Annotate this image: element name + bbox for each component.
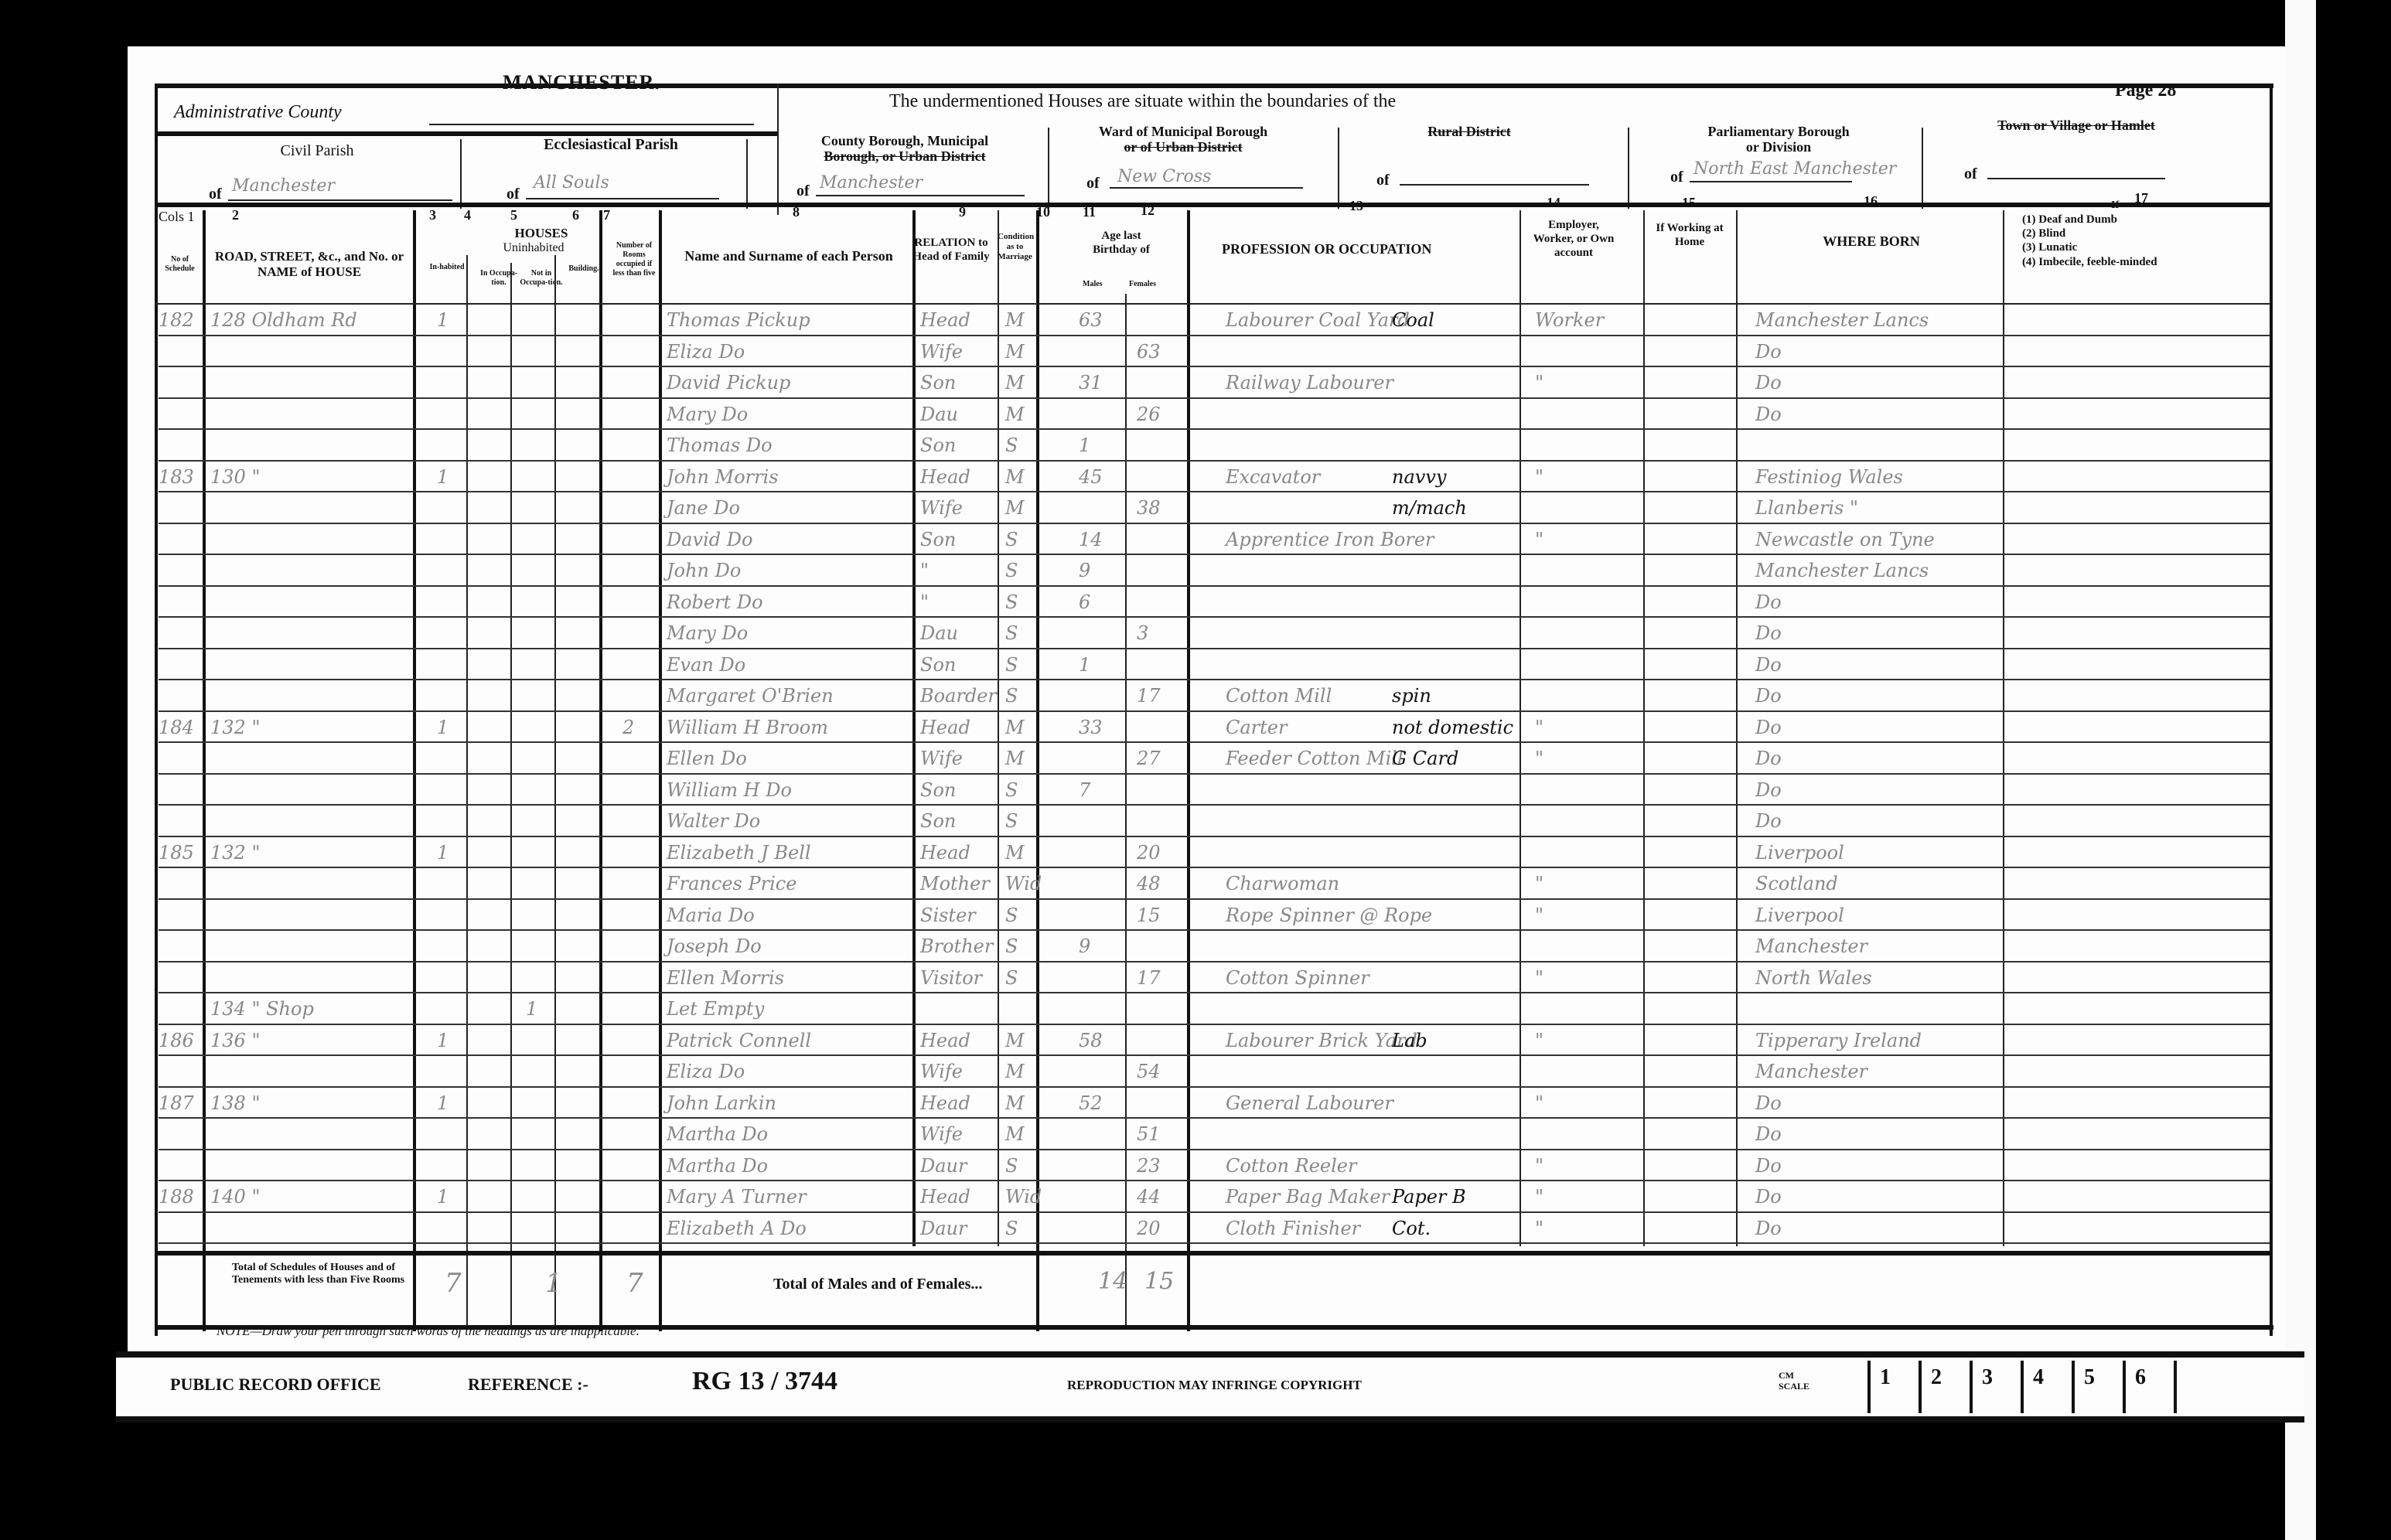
header-home: If Working at Home: [1655, 221, 1724, 249]
cell-born: Do: [1755, 1218, 1782, 1239]
cell-female: 15: [1137, 905, 1161, 926]
ecclesiastical-parish-value: All Souls: [534, 173, 609, 192]
row-rule: [159, 1117, 2270, 1119]
area-label-parliamentary-borough: Parliamentary Boroughor Division: [1663, 124, 1895, 155]
cell-employer: ": [1535, 905, 1543, 926]
cols-label: Cols 1: [159, 209, 195, 225]
row-rule: [159, 1054, 2270, 1056]
cell-relation: Daur: [920, 1218, 967, 1239]
cell-female: 20: [1137, 1218, 1161, 1239]
cell-annot: Cot.: [1392, 1218, 1431, 1239]
cell-born: Do: [1755, 372, 1782, 394]
cell-condition: S: [1005, 560, 1018, 581]
cell-condition: Wid: [1005, 1186, 1042, 1208]
cell-relation: Wife: [920, 1123, 963, 1145]
cell-annot: not domestic: [1392, 717, 1513, 738]
cell-occupation: General Labourer: [1226, 1092, 1393, 1114]
cell-male: 9: [1079, 560, 1090, 581]
cell-employer: Worker: [1535, 309, 1604, 331]
cell-born: Do: [1755, 717, 1782, 738]
row-rule: [159, 1211, 2270, 1213]
cell-condition: S: [1005, 1218, 1018, 1239]
col-divider: [466, 255, 468, 1330]
cell-female: 54: [1137, 1061, 1161, 1082]
col-number: 7: [603, 207, 610, 223]
cell-condition: S: [1005, 685, 1018, 707]
cell-relation: Wife: [920, 748, 963, 769]
fill-line: [1110, 187, 1303, 189]
cell-male: 14: [1079, 529, 1103, 550]
header-infirm-2: (2) Blind: [2022, 227, 2065, 240]
cell-condition: M: [1005, 1061, 1025, 1082]
cell-name: Patrick Connell: [667, 1030, 811, 1051]
cell-schedule: 188: [159, 1186, 194, 1208]
cell-employer: ": [1535, 967, 1543, 989]
cell-occupation: Railway Labourer: [1226, 372, 1393, 394]
county-printed: MANCHESTER.: [503, 71, 660, 94]
of-label: of: [209, 186, 222, 203]
row-rule: [159, 679, 2270, 680]
cell-occupation: Feeder Cotton Mill: [1226, 748, 1404, 769]
col-number: 9: [959, 204, 966, 220]
cell-born: Liverpool: [1755, 905, 1844, 926]
cell-condition: M: [1005, 466, 1025, 488]
col-number: 8: [793, 204, 800, 220]
cell-condition: M: [1005, 341, 1025, 363]
cell-relation: Head: [920, 1186, 970, 1208]
header-uninhabited: Uninhabited: [476, 241, 592, 255]
cell-name: Jane Do: [667, 497, 740, 519]
col-divider: [510, 263, 512, 1330]
cell-relation: Head: [920, 309, 970, 331]
cell-occupation: Charwoman: [1226, 873, 1339, 894]
cell-born: North Wales: [1755, 967, 1872, 989]
divider: [746, 139, 748, 209]
col-number: 16: [1864, 193, 1878, 210]
col-number: 11: [1083, 204, 1096, 220]
header-road: ROAD, STREET, &c., and No. or NAME of HO…: [209, 249, 410, 280]
cell-born: Do: [1755, 1155, 1782, 1177]
cell-condition: M: [1005, 717, 1025, 738]
header-males: Males: [1083, 280, 1103, 288]
divider: [1628, 128, 1629, 209]
cell-male: 1: [1079, 434, 1090, 456]
cell-employer: ": [1535, 1030, 1543, 1051]
cell-female: 44: [1137, 1186, 1161, 1208]
cell-road: 130 ": [210, 466, 260, 488]
cell-relation: Head: [920, 1030, 970, 1051]
cell-name: Martha Do: [667, 1155, 768, 1177]
scale-tick: 6: [2123, 1361, 2174, 1413]
cell-relation: Wife: [920, 497, 963, 519]
fill-line: [1987, 178, 2165, 179]
scale-end: [2174, 1361, 2267, 1413]
cell-employer: ": [1535, 466, 1543, 488]
totals-schedules-label: Total of Schedules of Houses and of Tene…: [232, 1262, 410, 1286]
cell-occupation: Cotton Reeler: [1226, 1155, 1356, 1177]
cell-relation: Son: [920, 810, 956, 832]
cell-born: Do: [1755, 404, 1782, 425]
scale-tick: 4: [2021, 1361, 2072, 1413]
cell-inhab: 1: [437, 1092, 449, 1114]
cell-born: Newcastle on Tyne: [1755, 529, 1935, 550]
footer-scale-label: CM SCALE: [1779, 1370, 1825, 1392]
col-number: 2: [232, 207, 239, 223]
cell-male: 9: [1079, 935, 1090, 957]
header-females: Females: [1129, 280, 1156, 288]
cell-rooms: 2: [622, 717, 634, 738]
cell-born: Do: [1755, 779, 1782, 801]
cell-female: 51: [1137, 1123, 1161, 1145]
cell-name: Evan Do: [667, 654, 745, 676]
cell-condition: M: [1005, 309, 1025, 331]
cell-relation: Son: [920, 529, 956, 550]
cell-name: David Do: [667, 529, 752, 550]
cell-occupation: Carter: [1226, 717, 1287, 738]
header-infirm-3: (3) Lunatic: [2022, 241, 2077, 254]
cell-born: Do: [1755, 341, 1782, 363]
cell-name: John Larkin: [667, 1092, 776, 1114]
cell-name: William H Broom: [667, 717, 828, 738]
cell-annot: spin: [1392, 685, 1431, 707]
cell-relation: Son: [920, 372, 956, 394]
area-label-ward: Ward of Municipal Boroughor of Urban Dis…: [1040, 124, 1326, 155]
col-divider: [659, 210, 662, 1331]
cell-condition: M: [1005, 1092, 1025, 1114]
cell-female: 48: [1137, 873, 1161, 894]
cell-road: 132 ": [210, 717, 260, 738]
cell-road: 140 ": [210, 1186, 260, 1208]
header-name: Name and Surname of each Person: [673, 247, 905, 264]
scale-tick: 3: [1970, 1361, 2021, 1413]
footer-reference: RG 13 / 3744: [692, 1367, 837, 1396]
cell-born: Manchester Lancs: [1755, 309, 1929, 331]
area-label-town-village: Town or Village or Hamlet: [1949, 118, 2204, 134]
row-rule: [159, 867, 2270, 868]
civil-parish-value: Manchester: [232, 176, 335, 196]
cell-employer: ": [1535, 1092, 1543, 1114]
cell-name: Robert Do: [667, 591, 763, 613]
cell-condition: S: [1005, 935, 1018, 957]
admin-county-label: Administrative County: [174, 102, 342, 123]
cell-name: William H Do: [667, 779, 792, 801]
cell-annot: navvy: [1392, 466, 1446, 488]
total-not-in-occupation: 1: [545, 1268, 562, 1299]
row-rule: [159, 773, 2270, 775]
cell-born: Do: [1755, 1123, 1782, 1145]
header-rule: [155, 203, 2270, 207]
total-males: 14: [1098, 1268, 1127, 1295]
cell-employer: ": [1535, 1155, 1543, 1177]
cell-relation: Mother: [920, 873, 990, 894]
cell-schedule: 185: [159, 842, 194, 864]
cell-occupation: Paper Bag Maker: [1226, 1186, 1390, 1208]
county-borough-value: Manchester: [820, 173, 923, 192]
row-rule: [159, 1180, 2270, 1181]
cell-employer: ": [1535, 529, 1543, 550]
cell-name: Joseph Do: [667, 935, 762, 957]
header-schedule: No of Schedule: [159, 255, 201, 274]
cell-relation: Visitor: [920, 967, 982, 989]
row-rule: [159, 1242, 2270, 1244]
cell-annot: G Card: [1392, 748, 1458, 769]
cell-relation: Boarder: [920, 685, 997, 707]
cell-condition: S: [1005, 1155, 1018, 1177]
cell-condition: S: [1005, 905, 1018, 926]
header-rooms: Number of Rooms occupied if less than fi…: [611, 241, 657, 278]
cell-employer: ": [1535, 717, 1543, 738]
row-rule: [159, 397, 2270, 399]
cell-name: Mary Do: [667, 404, 748, 425]
cell-road: 136 ": [210, 1030, 260, 1051]
cell-born: Manchester Lancs: [1755, 560, 1929, 581]
fill-line: [1690, 181, 1852, 182]
cell-name: Elizabeth A Do: [667, 1218, 807, 1239]
of-label: of: [1376, 172, 1390, 189]
cell-female: 23: [1137, 1155, 1161, 1177]
ward-value: New Cross: [1117, 167, 1211, 186]
cell-condition: S: [1005, 622, 1018, 644]
col-number: 17: [2134, 190, 2148, 206]
cell-annot: Coal: [1392, 309, 1434, 331]
cell-relation: Son: [920, 434, 956, 456]
cell-condition: S: [1005, 810, 1018, 832]
cell-born: Do: [1755, 591, 1782, 613]
of-label: of: [1670, 169, 1683, 186]
cell-inhab: 1: [437, 717, 449, 738]
cell-annot: Paper B: [1392, 1186, 1466, 1208]
cell-born: Do: [1755, 748, 1782, 769]
cell-female: 20: [1137, 842, 1161, 864]
row-rule: [159, 710, 2270, 712]
cell-relation: Brother: [920, 935, 993, 957]
area-label-civil-parish: Civil Parish: [247, 142, 387, 160]
cell-born: Do: [1755, 654, 1782, 676]
cell-condition: S: [1005, 967, 1018, 989]
of-label: of: [796, 182, 810, 200]
cell-male: 31: [1079, 372, 1103, 394]
cell-male: 63: [1079, 309, 1103, 331]
cell-relation: Dau: [920, 622, 958, 644]
cell-condition: M: [1005, 372, 1025, 394]
area-label-rural-district: Rural District: [1384, 124, 1554, 140]
cell-employer: ": [1535, 372, 1543, 394]
fill-line: [1400, 184, 1589, 186]
row-rule: [159, 741, 2270, 743]
cell-condition: M: [1005, 497, 1025, 519]
header-infirm-1: (1) Deaf and Dumb: [2022, 213, 2117, 227]
cell-female: 27: [1137, 748, 1161, 769]
archive-footer: PUBLIC RECORD OFFICE REFERENCE :- RG 13 …: [116, 1351, 2304, 1422]
row-rule: [159, 804, 2270, 806]
cell-relation: Wife: [920, 1061, 963, 1082]
cell-born: Do: [1755, 810, 1782, 832]
row-rule: [159, 554, 2270, 555]
col-divider: [413, 210, 416, 1331]
row-rule: [159, 961, 2270, 962]
cell-name: Ellen Morris: [667, 967, 784, 989]
cell-schedule: 184: [159, 717, 194, 738]
col-number: 13: [1349, 198, 1363, 214]
cell-annot: Lab: [1392, 1030, 1427, 1051]
col-divider: [203, 210, 206, 1331]
parliamentary-borough-value: North East Manchester: [1693, 159, 1896, 179]
header-condition: Condition as to Marriage: [998, 232, 1032, 262]
cell-condition: S: [1005, 434, 1018, 456]
cell-female: 17: [1137, 685, 1161, 707]
header-in-occupation: In Occupa-tion.: [476, 269, 522, 288]
cell-born: Manchester: [1755, 1061, 1867, 1082]
cell-road: 134 " Shop: [210, 998, 314, 1020]
cell-inhab: 1: [437, 1030, 449, 1051]
header-employer: Employer, Worker, or Own account: [1527, 218, 1620, 260]
cell-schedule: 183: [159, 466, 194, 488]
col-number: 5: [510, 207, 517, 223]
scale-tick: 5: [2072, 1361, 2123, 1413]
cell-name: David Pickup: [667, 372, 790, 394]
cell-inhab: 1: [437, 466, 449, 488]
cell-female: 26: [1137, 404, 1161, 425]
cell-inhab: 1: [437, 1186, 449, 1208]
cell-condition: S: [1005, 779, 1018, 801]
cell-born: Do: [1755, 685, 1782, 707]
divider: [1048, 128, 1049, 209]
header-occupation: PROFESSION OR OCCUPATION: [1222, 241, 1431, 257]
divider: [1922, 128, 1923, 209]
cell-relation: ": [920, 591, 929, 613]
cell-condition: Wid: [1005, 873, 1042, 894]
cell-female: 38: [1137, 497, 1161, 519]
cell-employer: ": [1535, 748, 1543, 769]
cell-name: Eliza Do: [667, 341, 745, 363]
cell-female: 17: [1137, 967, 1161, 989]
cell-born: Festiniog Wales: [1755, 466, 1903, 488]
col-divider: [599, 210, 602, 1331]
cell-born: Scotland: [1755, 873, 1838, 894]
cell-occupation: Apprentice Iron Borer: [1226, 529, 1434, 550]
scale-tick: 2: [1919, 1361, 1970, 1413]
cell-relation: Dau: [920, 404, 958, 425]
row-rule: [159, 366, 2270, 367]
totals-rule: [155, 1251, 2270, 1256]
cell-condition: M: [1005, 1030, 1025, 1051]
page-number: Page 28: [2115, 80, 2176, 101]
cell-name: Eliza Do: [667, 1061, 745, 1082]
cell-inhab: 1: [437, 309, 449, 331]
cell-relation: Son: [920, 654, 956, 676]
cell-occupation: Labourer Brick Yard: [1226, 1030, 1417, 1051]
fill-line: [228, 199, 452, 201]
divider: [460, 139, 462, 209]
row-rule: [159, 585, 2270, 587]
cell-condition: M: [1005, 1123, 1025, 1145]
cell-male: 58: [1079, 1030, 1103, 1051]
cell-relation: Daur: [920, 1155, 967, 1177]
cell-male: 1: [1079, 654, 1090, 676]
cell-relation: Head: [920, 717, 970, 738]
cell-male: 52: [1079, 1092, 1103, 1114]
cell-name: Walter Do: [667, 810, 760, 832]
cell-relation: Head: [920, 1092, 970, 1114]
cell-born: Do: [1755, 1092, 1782, 1114]
row-rule: [159, 491, 2270, 492]
col-divider: [1187, 210, 1190, 1331]
cell-born: Liverpool: [1755, 842, 1844, 864]
fill-line: [526, 198, 719, 199]
total-females: 15: [1144, 1268, 1174, 1295]
col-divider: [1036, 210, 1039, 1331]
col-number: 3: [429, 207, 436, 223]
cell-road: 138 ": [210, 1092, 260, 1114]
cell-female: 3: [1137, 622, 1148, 644]
admin-county-line: [429, 124, 754, 125]
cell-born: Do: [1755, 1186, 1782, 1208]
of-label: of: [507, 186, 520, 203]
row-rule: [159, 992, 2270, 993]
cell-road: 132 ": [210, 842, 260, 864]
col-number: 12: [1141, 203, 1155, 219]
row-rule: [159, 1024, 2270, 1025]
cell-relation: Son: [920, 779, 956, 801]
header-where-born: WHERE BORN: [1763, 233, 1980, 250]
cell-born: Tipperary Ireland: [1755, 1030, 1922, 1051]
header-infirm-4: (4) Imbecile, feeble-minded: [2022, 255, 2246, 269]
cell-schedule: 182: [159, 309, 194, 331]
cell-name: Thomas Pickup: [667, 309, 810, 331]
frame-left: [155, 83, 158, 1336]
cell-not-occ: 1: [526, 998, 537, 1020]
header-relation: RELATION to Head of Family: [909, 236, 994, 264]
cell-born: Manchester: [1755, 935, 1867, 957]
col-number: 6: [572, 207, 579, 223]
of-label: of: [1964, 165, 1977, 183]
cell-occupation: Rope Spinner @ Rope: [1226, 905, 1432, 926]
footer-office: PUBLIC RECORD OFFICE: [170, 1375, 381, 1395]
header-houses: HOUSES: [472, 226, 611, 241]
col-divider: [1125, 294, 1127, 1330]
cell-name: Mary A Turner: [667, 1186, 807, 1208]
cell-condition: M: [1005, 842, 1025, 864]
cell-condition: S: [1005, 654, 1018, 676]
cell-condition: M: [1005, 748, 1025, 769]
header-age: Age last Birthday of: [1083, 229, 1160, 257]
divider: [1338, 128, 1339, 209]
cell-name: John Morris: [667, 466, 779, 488]
cell-annot: m/mach: [1392, 497, 1467, 519]
frame-right: [2270, 83, 2273, 1336]
cell-name: Mary Do: [667, 622, 748, 644]
cell-name: Margaret O'Brien: [667, 685, 834, 707]
cell-employer: ": [1535, 1186, 1543, 1208]
cell-name: Martha Do: [667, 1123, 768, 1145]
area-label-county-borough: County Borough, MunicipalBorough, or Urb…: [773, 133, 1036, 164]
col-divider: [554, 255, 556, 1330]
of-label: of: [1086, 175, 1100, 192]
cell-relation: Wife: [920, 341, 963, 363]
cell-occupation: Cotton Spinner: [1226, 967, 1369, 989]
cell-inhab: 1: [437, 842, 449, 864]
row-rule: [159, 1149, 2270, 1150]
cell-occupation: Labourer Coal Yard: [1226, 309, 1410, 331]
cell-born: Llanberis ": [1755, 497, 1858, 519]
cell-female: 63: [1137, 341, 1161, 363]
row-rule: [159, 648, 2270, 649]
cell-employer: ": [1535, 1218, 1543, 1239]
row-rule: [159, 616, 2270, 618]
cell-male: 33: [1079, 717, 1103, 738]
row-rule: [159, 836, 2270, 837]
cell-employer: ": [1535, 873, 1543, 894]
